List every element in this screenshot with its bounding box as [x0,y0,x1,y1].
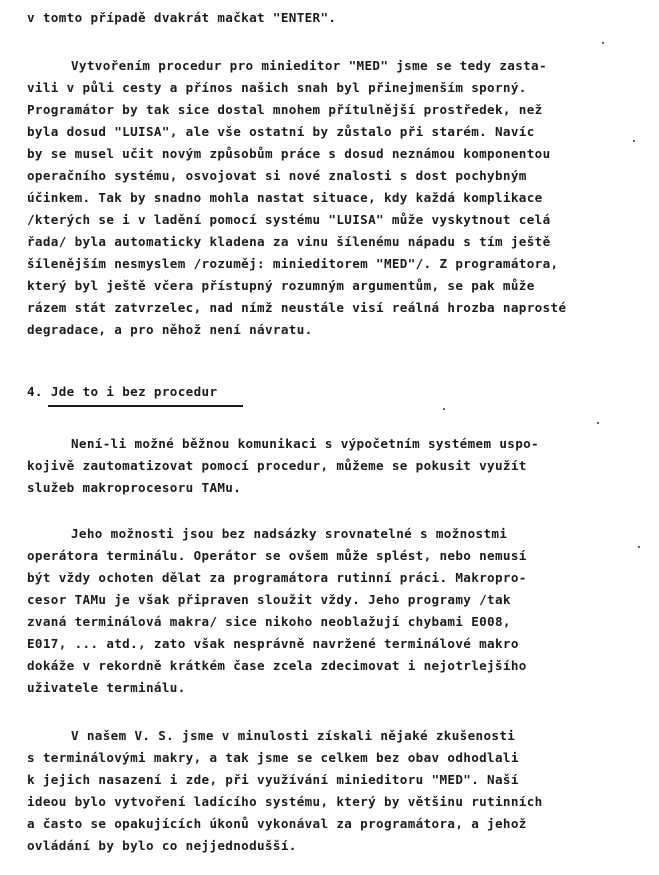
text-line: zvaná terminálová makra/ sice nikoho neo… [27,614,511,630]
scan-speck [638,546,640,548]
text-line: uživatele terminálu. [27,680,186,696]
text-line: by se musel učit novým způsobům práce s … [27,146,551,162]
text-line: /kterých se i v ladění pomocí systému "L… [27,212,551,228]
text-line: rázem stát zatvrzelec, nad nímž neustále… [27,300,566,316]
text-line: být vždy ochoten dělat za programátora r… [27,570,527,586]
text-line: dokáže v rekordně krátkém čase zcela zde… [27,658,527,674]
text-line: Jeho možnosti jsou bez nadsázky srovnate… [71,526,507,542]
scan-speck [597,422,599,424]
section-number: 4. [27,384,43,399]
text-line: E017, ... atd., zato však nesprávně navr… [27,636,519,652]
text-line: vili v půli cesty a přínos našich snah b… [27,80,527,96]
text-line: s terminálovými makry, a tak jsme se cel… [27,750,519,766]
text-line: ovládání by bylo co nejjednodušší. [27,838,297,854]
text-line: který byl ještě včera přístupný rozumným… [27,278,535,294]
section-title: Jde to i bez procedur [51,384,218,399]
text-line: byla dosud "LUISA", ale vše ostatní by z… [27,124,535,140]
text-line: V našem V. S. jsme v minulosti získali n… [71,728,515,744]
text-line: Vytvořením procedur pro minieditor "MED"… [71,58,547,74]
text-line: a často se opakujících úkonů vykonával z… [27,816,527,832]
typewritten-page: v tomto případě dvakrát mačkat "ENTER". … [0,0,659,875]
text-line: řada/ byla automaticky kladena za vinu š… [27,234,551,250]
scan-speck [633,140,635,142]
text-line: operačního systému, osvojovat si nové zn… [27,168,527,184]
text-line: cesor TAMu je však připraven sloužit vžd… [27,592,511,608]
scan-speck [443,408,445,410]
text-line: Není-li možné běžnou komunikaci s výpoče… [71,436,539,452]
heading-underline [48,405,243,407]
text-line: ideou bylo vytvoření ladícího systému, k… [27,794,543,810]
text-line: šílenějším nesmyslem /rozuměj: miniedito… [27,256,558,272]
section-heading: 4. Jde to i bez procedur [27,384,217,400]
text-line: kojivě zautomatizovat pomocí procedur, m… [27,458,527,474]
text-line: k jejich nasazení i zde, při využívání m… [27,772,519,788]
text-line: účinkem. Tak by snadno mohla nastat situ… [27,190,543,206]
scan-speck [602,42,604,44]
text-line: operátora terminálu. Operátor se ovšem m… [27,548,527,564]
text-line: degradace, a pro něhož není návratu. [27,322,313,338]
intro-line: v tomto případě dvakrát mačkat "ENTER". [27,10,336,26]
text-line: Programátor by tak sice dostal mnohem př… [27,102,543,118]
text-line: služeb makroprocesoru TAMu. [27,480,241,496]
